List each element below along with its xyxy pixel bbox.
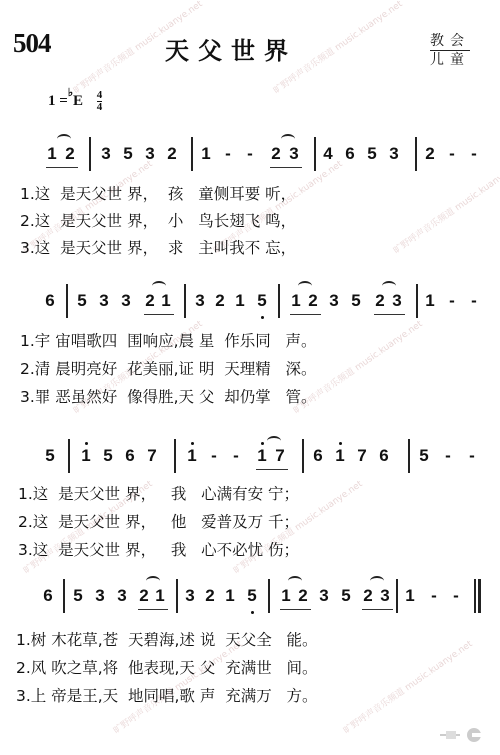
barline: [268, 579, 270, 613]
key-signature: 1 =♭E 44: [48, 90, 102, 113]
notation-row-4: 6 5 3 3 2 1 3 2 1 5 1 2 3 5 2 3 1 - -: [0, 585, 500, 615]
flat-icon: ♭: [68, 87, 73, 99]
lyric-line: 1.树 木花草,苍 天碧海,述 说 天父全 能。: [16, 630, 318, 650]
final-barline-thick: [478, 579, 481, 613]
time-signature: 44: [97, 90, 103, 113]
key-prefix: 1 =: [48, 93, 68, 109]
barline: [396, 579, 398, 613]
barline: [416, 284, 418, 318]
octave-dot: [85, 442, 88, 445]
barline: [184, 284, 186, 318]
lyric-line: 3.这 是天父世 界， 我 心不必忧 伤；: [18, 540, 299, 560]
octave-dot: [191, 442, 194, 445]
notation-row-3: 5 1 5 6 7 1 - - 1 7 6 1 7 6 5 - -: [0, 445, 500, 475]
barline: [408, 439, 410, 473]
notation-row-2: 6 5 3 3 2 1 3 2 1 5 1 2 3 5 2 3 1 - -: [0, 290, 500, 320]
barline: [302, 439, 304, 473]
site-logo-icon: [438, 727, 486, 743]
barline: [278, 284, 280, 318]
lyric-line: 2.这 是天父世 界， 小 鸟长翅飞 鸣，: [20, 211, 296, 231]
attribution-bottom: 儿童: [430, 51, 470, 69]
barline: [68, 439, 70, 473]
lyric-line: 2.这 是天父世 界， 他 爱普及万 千；: [18, 512, 299, 532]
hymn-title: 天父世界: [165, 31, 297, 66]
notation-row-1: 1 2 3 5 3 2 1 - - 2 3 4 6 5 3 2 - -: [0, 143, 500, 173]
octave-dot: [261, 442, 264, 445]
barline: [191, 137, 193, 171]
barline: [174, 439, 176, 473]
hymn-number: 504: [13, 28, 51, 59]
watermark: 旷野呼声音乐频道 music.kuanye.net: [340, 637, 474, 736]
barline: [89, 137, 91, 171]
lyric-line: 2.清 晨明亮好 花美丽,证 明 天理精 深。: [20, 359, 317, 379]
lyric-line: 1.这 是天父世 界， 孩 童侧耳要 听，: [20, 184, 296, 204]
attribution: 教会 儿童: [430, 32, 470, 69]
barline: [66, 284, 68, 318]
octave-dot: [339, 442, 342, 445]
barline: [314, 137, 316, 171]
key-note: E: [73, 93, 83, 109]
lyric-line: 1.这 是天父世 界， 我 心满有安 宁；: [18, 484, 299, 504]
lyric-line: 2.风 吹之草,将 他表现,天 父 充满世 间。: [16, 658, 318, 678]
lyric-line: 3.这 是天父世 界， 求 主叫我不 忘，: [20, 238, 296, 258]
attribution-top: 教会: [430, 32, 470, 51]
barline: [176, 579, 178, 613]
barline: [63, 579, 65, 613]
final-barline: [474, 579, 476, 613]
lyric-line: 1.宇 宙唱歌四 围响应,晨 星 作乐同 声。: [20, 331, 317, 351]
lyric-line: 3.上 帝是王,天 地同唱,歌 声 充满万 方。: [16, 686, 318, 706]
barline: [415, 137, 417, 171]
lyric-line: 3.罪 恶虽然好 像得胜,天 父 却仍掌 管。: [20, 387, 317, 407]
